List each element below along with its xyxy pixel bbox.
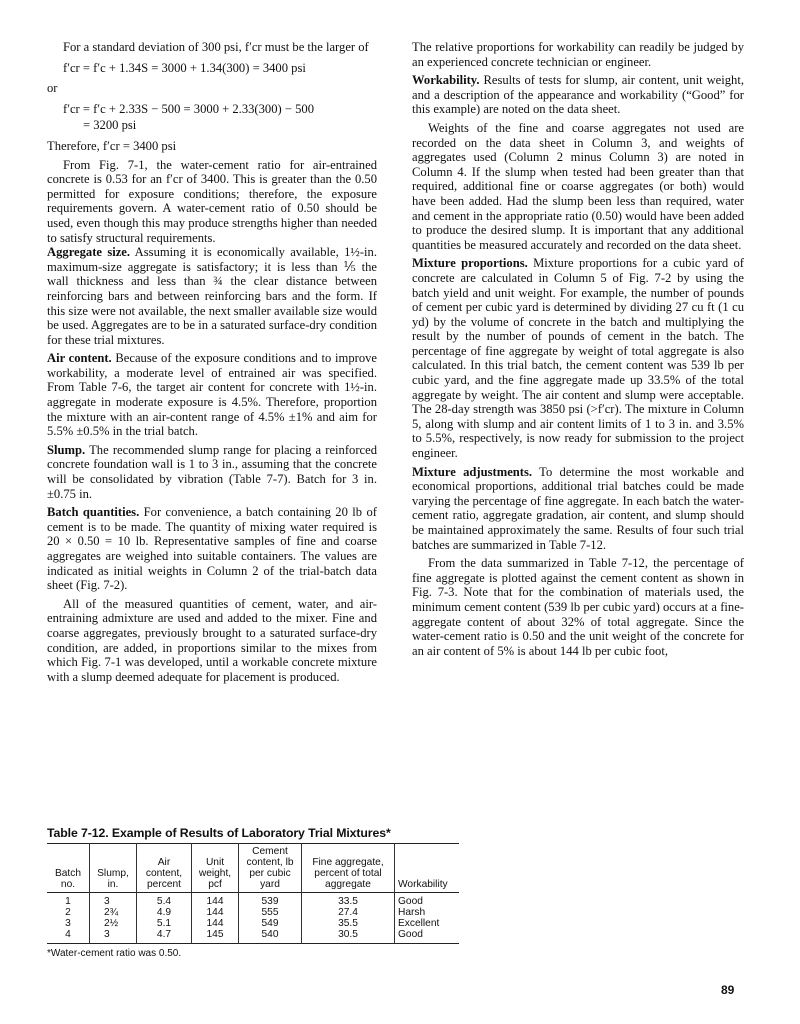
measured-quantities-paragraph: All of the measured quantities of cement… xyxy=(47,597,377,685)
cell-fine-aggregate: 35.5 xyxy=(302,918,395,929)
mixture-adjustments-heading: Mixture adjustments. xyxy=(412,465,532,479)
cell-cement: 549 xyxy=(239,918,302,929)
therefore-line: Therefore, f′cr = 3400 psi xyxy=(47,139,377,154)
mixture-adjustments-section: Mixture adjustments. To determine the mo… xyxy=(412,465,744,553)
cell-fine-aggregate: 30.5 xyxy=(302,929,395,944)
air-content-heading: Air content. xyxy=(47,351,112,365)
header-unit-weight: Unit weight, pcf xyxy=(192,844,239,893)
cell-batch: 2 xyxy=(47,907,90,918)
equation-2: f′cr = f′c + 2.33S − 500 = 3000 + 2.33(3… xyxy=(63,102,377,117)
summary-paragraph: From the data summarized in Table 7-12, … xyxy=(412,556,744,658)
cell-workability: Harsh xyxy=(395,907,460,918)
cell-slump: 2¾ xyxy=(90,907,137,918)
cell-air: 5.4 xyxy=(137,893,192,908)
cell-batch: 3 xyxy=(47,918,90,929)
cell-workability: Good xyxy=(395,893,460,908)
cell-cement: 555 xyxy=(239,907,302,918)
cell-slump: 3 xyxy=(90,893,137,908)
paragraph-fig-7-1: From Fig. 7-1, the water-cement ratio fo… xyxy=(47,158,377,246)
cell-air: 5.1 xyxy=(137,918,192,929)
slump-text: The recommended slump range for placing … xyxy=(47,443,377,501)
mixture-proportions-section: Mixture proportions. Mixture proportions… xyxy=(412,256,744,460)
slump-section: Slump. The recommended slump range for p… xyxy=(47,443,377,501)
table-row: 1 3 5.4 144 539 33.5 Good xyxy=(47,893,459,908)
intro-paragraph: For a standard deviation of 300 psi, f′c… xyxy=(47,40,377,55)
table-row: 4 3 4.7 145 540 30.5 Good xyxy=(47,929,459,944)
table-footnote: *Water-cement ratio was 0.50. xyxy=(47,948,459,959)
cell-unit-weight: 144 xyxy=(192,918,239,929)
cell-slump: 3 xyxy=(90,929,137,944)
table-7-12: Table 7-12. Example of Results of Labora… xyxy=(47,826,459,959)
cell-unit-weight: 144 xyxy=(192,907,239,918)
air-content-section: Air content. Because of the exposure con… xyxy=(47,351,377,439)
workability-section: Workability. Results of tests for slump,… xyxy=(412,73,744,117)
header-air-content: Air content, percent xyxy=(137,844,192,893)
cell-workability: Excellent xyxy=(395,918,460,929)
right-column: The relative proportions for workability… xyxy=(412,40,744,658)
header-batch-no: Batch no. xyxy=(47,844,90,893)
cell-unit-weight: 145 xyxy=(192,929,239,944)
batch-quantities-heading: Batch quantities. xyxy=(47,505,139,519)
aggregate-size-section: Aggregate size. Assuming it is economica… xyxy=(47,245,377,347)
table-row: 2 2¾ 4.9 144 555 27.4 Harsh xyxy=(47,907,459,918)
aggregate-size-text: Assuming it is economically available, 1… xyxy=(47,245,377,347)
mixture-proportions-text: Mixture proportions for a cubic yard of … xyxy=(412,256,744,460)
equation-2-result: = 3200 psi xyxy=(83,118,377,133)
table-row: 3 2½ 5.1 144 549 35.5 Excellent xyxy=(47,918,459,929)
header-fine-aggregate: Fine aggregate, percent of total aggrega… xyxy=(302,844,395,893)
page-number: 89 xyxy=(721,983,734,997)
weights-paragraph: Weights of the fine and coarse aggregate… xyxy=(412,121,744,252)
cell-slump: 2½ xyxy=(90,918,137,929)
header-slump: Slump, in. xyxy=(90,844,137,893)
cell-workability: Good xyxy=(395,929,460,944)
or-text: or xyxy=(47,81,377,96)
table-header-row: Batch no. Slump, in. Air content, percen… xyxy=(47,844,459,893)
cell-air: 4.7 xyxy=(137,929,192,944)
header-cement-content: Cement content, lb per cubic yard xyxy=(239,844,302,893)
header-workability: Workability xyxy=(395,844,460,893)
workability-heading: Workability. xyxy=(412,73,480,87)
mixture-proportions-heading: Mixture proportions. xyxy=(412,256,528,270)
cell-cement: 539 xyxy=(239,893,302,908)
cell-cement: 540 xyxy=(239,929,302,944)
cell-fine-aggregate: 27.4 xyxy=(302,907,395,918)
cell-unit-weight: 144 xyxy=(192,893,239,908)
relative-proportions-paragraph: The relative proportions for workability… xyxy=(412,40,744,69)
aggregate-size-heading: Aggregate size. xyxy=(47,245,130,259)
cell-air: 4.9 xyxy=(137,907,192,918)
trial-mixtures-table: Batch no. Slump, in. Air content, percen… xyxy=(47,843,459,944)
equation-1: f′cr = f′c + 1.34S = 3000 + 1.34(300) = … xyxy=(63,61,377,76)
slump-heading: Slump. xyxy=(47,443,85,457)
batch-quantities-section: Batch quantities. For convenience, a bat… xyxy=(47,505,377,593)
cell-batch: 1 xyxy=(47,893,90,908)
cell-fine-aggregate: 33.5 xyxy=(302,893,395,908)
cell-batch: 4 xyxy=(47,929,90,944)
left-column: For a standard deviation of 300 psi, f′c… xyxy=(47,40,377,684)
table-title: Table 7-12. Example of Results of Labora… xyxy=(47,826,459,840)
